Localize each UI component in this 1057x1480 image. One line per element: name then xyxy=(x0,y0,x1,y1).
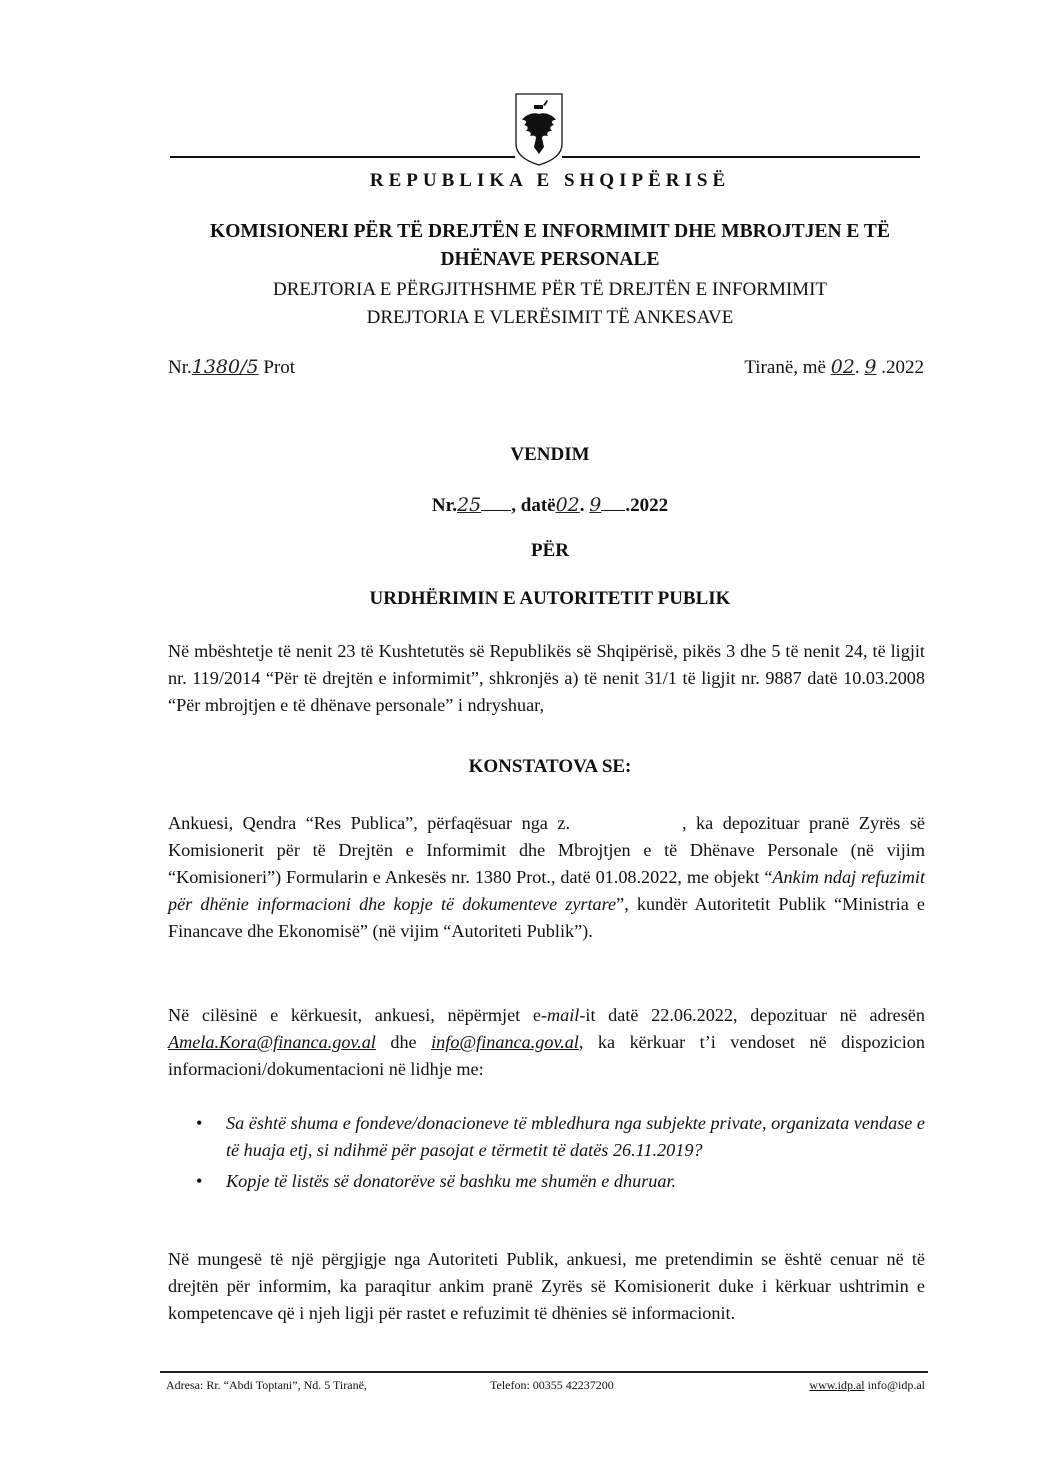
list-item-text: Sa është shuma e fondeve/donacioneve të … xyxy=(226,1113,925,1160)
directorate-block: DREJTORIA E PËRGJITHSHME PËR TË DREJTËN … xyxy=(160,276,940,332)
legal-basis-paragraph: Në mbështetje të nenit 23 të Kushtetutës… xyxy=(168,638,925,719)
header-rule xyxy=(170,156,515,158)
protocol-number: Nr.1380/5 Prot xyxy=(168,356,295,379)
request-list: •Sa është shuma e fondeve/donacioneve të… xyxy=(196,1110,925,1199)
date-label: , datë xyxy=(511,495,555,516)
text: Në cilësinë e kërkuesit, ankuesi, nëpërm… xyxy=(168,1005,547,1025)
decision-nr-label: Nr. xyxy=(432,495,457,516)
republic-title: REPUBLIKA E SHQIPËRISË xyxy=(160,170,940,192)
text: mail xyxy=(547,1005,579,1025)
institution-line-1: KOMISIONERI PËR TË DREJTËN E INFORMIMIT … xyxy=(160,218,940,246)
decision-month-handwritten: 9 xyxy=(589,494,601,516)
footer-phone: Telefon: 00355 42237200 xyxy=(490,1378,614,1393)
bullet-icon: • xyxy=(196,1110,202,1137)
blank-line xyxy=(481,510,511,511)
day-handwritten: 02 xyxy=(831,356,855,378)
footer-rule xyxy=(160,1371,928,1373)
protocol-suffix: Prot xyxy=(263,357,295,378)
email-link-2[interactable]: info@financa.gov.al xyxy=(431,1032,579,1052)
place-label: Tiranë, më xyxy=(744,357,826,378)
website-link[interactable]: www.idp.al xyxy=(809,1378,864,1392)
bullet-icon: • xyxy=(196,1168,202,1195)
decision-per: PËR xyxy=(160,540,940,562)
protocol-nr-handwritten: 1380/5 xyxy=(192,356,259,378)
decision-title: VENDIM xyxy=(160,444,940,466)
decision-day-handwritten: 02 xyxy=(556,494,580,516)
month-handwritten: 9 xyxy=(864,356,876,378)
header-rule xyxy=(562,156,920,158)
decision-subject: URDHËRIMIN E AUTORITETIT PUBLIK xyxy=(160,588,940,610)
footer-web: www.idp.al info@idp.al xyxy=(809,1378,925,1393)
list-item: •Kopje të listës së donatorëve së bashku… xyxy=(196,1168,925,1195)
text: Ankuesi, Qendra “Res Publica”, përfaqësu… xyxy=(168,813,570,833)
blank-line xyxy=(601,510,625,511)
institution-line-2: DHËNAVE PERSONALE xyxy=(160,246,940,274)
email-link-1[interactable]: Amela.Kora@financa.gov.al xyxy=(168,1032,376,1052)
directorate: DREJTORIA E VLERËSIMIT TË ANKESAVE xyxy=(160,304,940,332)
year: .2022 xyxy=(881,357,924,378)
text: -it datë 22.06.2022, depozituar në adres… xyxy=(579,1005,925,1025)
institution-name: KOMISIONERI PËR TË DREJTËN E INFORMIMIT … xyxy=(160,218,940,274)
decision-year: .2022 xyxy=(625,495,668,516)
albanian-coat-of-arms-icon xyxy=(514,92,564,167)
request-paragraph: Në cilësinë e kërkuesit, ankuesi, nëpërm… xyxy=(168,1002,925,1083)
footer-address: Adresa: Rr. “Abdi Toptani”, Nd. 5 Tiranë… xyxy=(166,1378,367,1393)
list-item: •Sa është shuma e fondeve/donacioneve të… xyxy=(196,1110,925,1164)
directorate-general: DREJTORIA E PËRGJITHSHME PËR TË DREJTËN … xyxy=(160,276,940,304)
decision-number: Nr.25, datë02. 9.2022 xyxy=(160,494,940,517)
protocol-nr-label: Nr. xyxy=(168,357,192,378)
findings-heading: KONSTATOVA SE: xyxy=(160,756,940,778)
no-response-paragraph: Në mungesë të një përgjigje nga Autorite… xyxy=(168,1246,925,1327)
list-item-text: Kopje të listës së donatorëve së bashku … xyxy=(226,1171,676,1191)
decision-nr-handwritten: 25 xyxy=(457,494,481,516)
text: dhe xyxy=(376,1032,431,1052)
complaint-paragraph: Ankuesi, Qendra “Res Publica”, përfaqësu… xyxy=(168,810,925,945)
protocol-date: Tiranë, më 02. 9 .2022 xyxy=(744,356,924,379)
footer-email[interactable]: info@idp.al xyxy=(868,1378,925,1392)
document-page: REPUBLIKA E SHQIPËRISË KOMISIONERI PËR T… xyxy=(0,0,1057,1480)
